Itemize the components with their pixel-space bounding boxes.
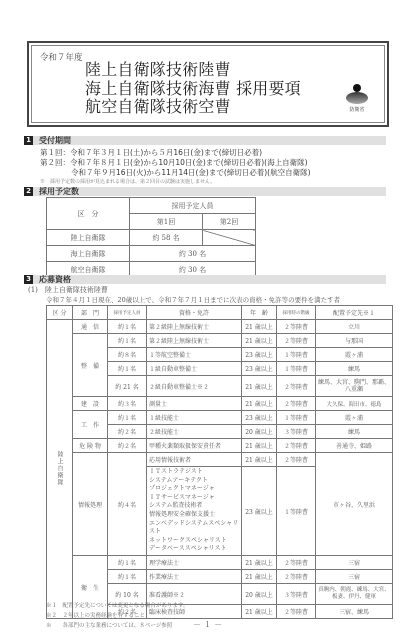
section-header-planned-number: 2 採用予定数: [24, 187, 386, 196]
category-cell: 陸上自衛隊: [47, 320, 73, 619]
fiscal-year: 令和７年度: [40, 51, 83, 63]
document-title: 陸上自衛隊技術陸曹 海上自衛隊技術海曹 採用要項 航空自衛隊技術空曹: [85, 61, 301, 117]
eligibility-table: 区 分 部 門 採用予定人員 資格・免許 年 齢 採用時の階級 配置予定先※１ …: [46, 305, 393, 619]
diagonal-cell: [203, 230, 256, 246]
planned-number-table: 区 分 採用予定人員 第1回 第2回 陸上自衛隊 約 58 名 海上自衛隊 約 …: [46, 197, 256, 278]
subsection-text: 令和７年４月１日現在、20歳以上で、令和７年７月１日までに次表の資格・免許等の要…: [46, 295, 340, 304]
page-number: － １ －: [193, 619, 222, 630]
title-box: 令和７年度 陸上自衛隊技術陸曹 海上自衛隊技術海曹 採用要項 航空自衛隊技術空曹…: [27, 41, 389, 127]
period-note: ※ 採用予定数の採用が見込まれる場合は、第２回目の試験は実施しません。: [40, 178, 215, 185]
subsection-label: (1) 陸上自衛隊技術陸曹: [28, 285, 108, 295]
section-header-eligibility: 3 応募資格: [24, 275, 386, 284]
footnote-3: ※ 各部門の主な業務については、８ページ参照: [46, 621, 172, 629]
period-line-3: 令和７年９月16日(火)から11月14日(金)まで(締切日必着)(航空自衛隊): [71, 167, 311, 178]
ministry-logo-icon: 防衛省: [340, 80, 374, 118]
footnote-1: ※１ 配置予定先については変更となる場合があります。: [46, 601, 188, 609]
section-header-application-period: 1 受付期間: [24, 136, 386, 145]
footnote-2: ※２ ２年以上の実務経験を有すること: [46, 611, 145, 619]
